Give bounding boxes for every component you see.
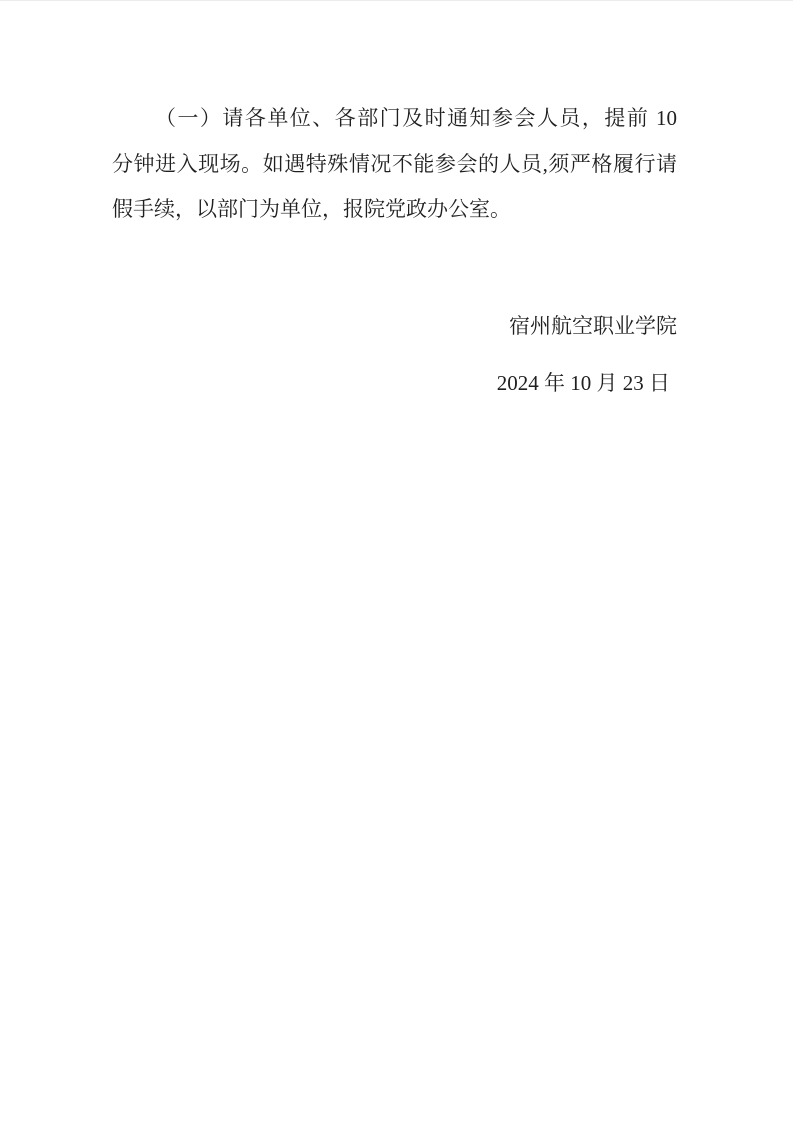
document-page: （一）请各单位、各部门及时通知参会人员，提前 10 分钟进入现场。如遇特殊情况不… bbox=[0, 0, 793, 1122]
paragraph-line-2: 分钟进入现场。如遇特殊情况不能参会的人员,须严格履行请 bbox=[112, 142, 677, 188]
paragraph-line-1: （一）请各单位、各部门及时通知参会人员，提前 10 bbox=[112, 96, 677, 142]
signature-date: 2024 年 10 月 23 日 bbox=[497, 369, 670, 397]
notice-paragraph: （一）请各单位、各部门及时通知参会人员，提前 10 分钟进入现场。如遇特殊情况不… bbox=[112, 96, 677, 233]
signature-organization: 宿州航空职业学院 bbox=[509, 312, 677, 340]
paragraph-line-3: 假手续，以部门为单位，报院党政办公室。 bbox=[112, 187, 677, 233]
